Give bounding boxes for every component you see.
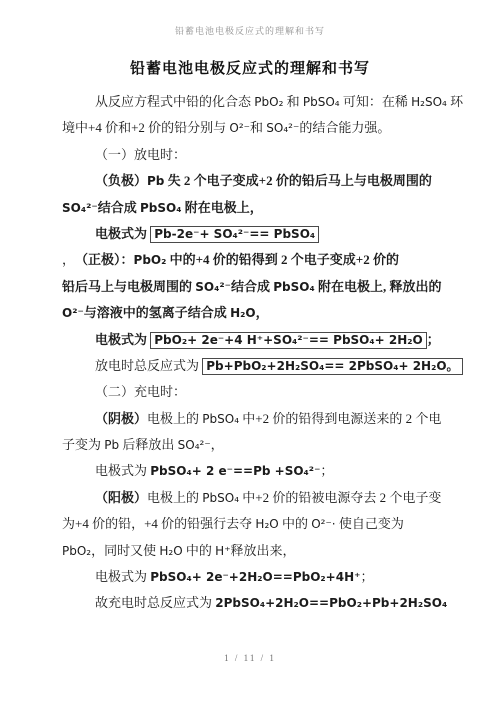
text-line: SO₄²⁻结合成 PbSO₄ 附在电极上， [62,195,444,221]
text-segment: （二）充电时： [95,384,186,399]
text-segment: 附在电极上， [181,200,262,215]
text-line: 电极式为 PbSO₄+ 2e⁻+2H₂O==PbO₂+4H⁺； [62,564,444,590]
chemical-formula: O²⁻ [229,121,250,135]
text-segment: 与溶液中的氢离子结合成 [84,305,230,320]
text-segment: （阳极） [95,490,147,505]
text-line: O²⁻与溶液中的氢离子结合成 H₂O， [62,300,444,326]
text-segment: 中的 [279,516,312,531]
chemical-formula: PbSO₄ [202,412,239,426]
chemical-formula: PbSO₄ [273,280,314,294]
chemical-formula: Pb [104,438,119,452]
chemical-formula: PbO₂ [254,95,283,109]
chemical-formula: H₂O [255,517,278,531]
text-line: 从反应方程式中铅的化合态 PbO₂ 和 PbSO₄ 可知：在稀 H₂SO₄ 环 [62,89,444,115]
chemical-formula: PbSO₄ [140,201,181,215]
page-header-text: 铅蓄电池电极反应式的理解和书写 [0,24,500,37]
text-segment: 结合成 [98,200,140,215]
text-line: 铅后马上与电极周围的 SO₄²⁻结合成 PbSO₄ 附在电极上, 释放出的 [62,274,444,300]
text-segment: 和 [250,120,266,135]
document-page: 铅蓄电池电极反应式的理解和书写 铅蓄电池电极反应式的理解和书写 从反应方程式中铅… [0,0,500,708]
text-segment: 中的+4 价的铅得到 2 个电子变成+2 价的 [166,252,399,267]
page-footer-pagination: 1 / 11 / 1 [0,653,500,663]
chemical-formula: H₂O [159,544,182,558]
text-segment: （一）放电时： [95,147,186,162]
text-segment: 从反应方程式中铅的化合态 [95,94,254,109]
chemical-formula: PbO₂ [134,253,167,267]
text-segment: ， [211,437,224,452]
text-segment: 和 [283,94,303,109]
text-line: 电极式为 PbSO₄+ 2 e⁻==Pb +SO₄²⁻； [62,458,444,484]
text-segment: 境中+4 价和+2 价的铅分别与 [62,120,229,135]
text-line: （阴极）电极上的 PbSO₄ 中+2 价的铅得到电源送来的 2 个电 [62,406,444,432]
text-segment: 故充电时总反应式为 [95,595,215,610]
boxed-equation: Pb+PbO₂+2H₂SO₄== 2PbSO₄+ 2H₂O。 [202,358,462,375]
text-segment: （负极） [95,173,147,188]
text-segment: 铅后马上与电极周围的 [62,279,195,294]
text-line: （负极）Pb 失 2 个电子变成+2 价的铅后马上与电极周围的 [62,168,444,194]
text-segment: 子变为 [62,437,104,452]
text-line: ， （正极）：PbO₂ 中的+4 价的铅得到 2 个电子变成+2 价的 [62,247,444,273]
chemical-formula: SO₄²⁻ [266,121,299,135]
chemical-formula: O²⁻ [62,306,84,320]
chemical-formula: PbSO₄ [303,95,340,109]
text-line: （阳极）电极上的 PbSO₄ 中+2 价的铅被电源夺去 2 个电子变 [62,485,444,511]
text-segment: ， [256,305,269,320]
text-segment: 中+2 价的铅得到电源送来的 2 个电 [239,411,441,426]
text-segment: 环 [447,94,463,109]
chemical-formula: PbSO₄ [202,491,239,505]
chemical-formula: O²⁻· [311,517,335,531]
chemical-formula: PbO₂ [62,544,91,558]
text-segment: （阴极） [95,411,147,426]
text-segment: ； [320,463,333,478]
text-line: PbO₂，同时又使 H₂O 中的 H⁺释放出来， [62,538,444,564]
text-line: （一）放电时： [62,142,444,168]
text-segment: （正极）： [82,252,134,267]
text-segment: 电极式为 [95,332,150,347]
chemical-formula: Pb [147,174,164,188]
text-line: 故充电时总反应式为 2PbSO₄+2H₂O==PbO₂+Pb+2H₂SO₄ [62,590,444,616]
chemical-formula: SO₄²⁻ [62,201,98,215]
chemical-formula: H₂O [230,306,256,320]
chemical-formula: 2PbSO₄+2H₂O==PbO₂+Pb+2H₂SO₄ [215,596,447,610]
text-segment: 电极上的 [147,411,202,426]
boxed-equation: PbO₂+ 2e⁻+4 H⁺+SO₄²⁻== PbSO₄+ 2H₂O [150,332,426,349]
text-segment: 可知：在稀 [340,94,412,109]
chemical-formula: H⁺ [215,544,230,558]
chemical-formula: H₂SO₄ [411,95,447,109]
chemical-formula: PbSO₄+ 2e⁻+2H₂O==PbO₂+4H⁺ [150,570,360,584]
text-segment: 电极式为 [95,226,150,241]
boxed-equation: Pb-2e⁻+ SO₄²⁻== PbSO₄ [150,226,319,243]
text-line: 子变为 Pb 后释放出 SO₄²⁻， [62,432,444,458]
text-segment: 结合成 [231,279,273,294]
text-segment: ； [360,569,373,584]
text-segment: 的结合能力强。 [299,120,390,135]
text-line: 电极式为 PbO₂+ 2e⁻+4 H⁺+SO₄²⁻== PbSO₄+ 2H₂O； [62,327,444,353]
document-body: 从反应方程式中铅的化合态 PbO₂ 和 PbSO₄ 可知：在稀 H₂SO₄ 环境… [62,89,444,617]
text-segment: ； [427,332,440,347]
text-segment: 放电时总反应式为 [95,358,202,373]
chemical-formula: PbSO₄+ 2 e⁻==Pb +SO₄²⁻ [150,464,320,478]
text-segment: 中+2 价的铅被电源夺去 2 个电子变 [239,490,441,505]
text-segment: 电极式为 [95,569,150,584]
text-segment: 电极式为 [95,463,150,478]
text-line: 境中+4 价和+2 价的铅分别与 O²⁻和 SO₄²⁻的结合能力强。 [62,115,444,141]
text-segment: 电极上的 [147,490,202,505]
text-segment: 失 2 个电子变成+2 价的铅后马上与电极周围的 [164,173,431,188]
text-segment: 中的 [183,543,216,558]
text-segment: 后释放出 [119,437,178,452]
text-segment: 释放出来， [231,543,296,558]
text-segment: ， [62,252,82,267]
text-line: 为+4 价的铅，+4 价的铅强行去夺 H₂O 中的 O²⁻· 使自己变为 [62,511,444,537]
chemical-formula: SO₄²⁻ [195,280,231,294]
page-title: 铅蓄电池电极反应式的理解和书写 [0,57,500,78]
text-line: 放电时总反应式为 Pb+PbO₂+2H₂SO₄== 2PbSO₄+ 2H₂O。 [62,353,444,379]
text-segment: 使自己变为 [336,516,404,531]
chemical-formula: SO₄²⁻ [178,438,211,452]
text-segment: 附在电极上, 释放出的 [315,279,442,294]
text-segment: ，同时又使 [91,543,159,558]
text-line: （二）充电时： [62,379,444,405]
text-line: 电极式为 Pb-2e⁻+ SO₄²⁻== PbSO₄ [62,221,444,247]
text-segment: 为+4 价的铅，+4 价的铅强行去夺 [62,516,255,531]
